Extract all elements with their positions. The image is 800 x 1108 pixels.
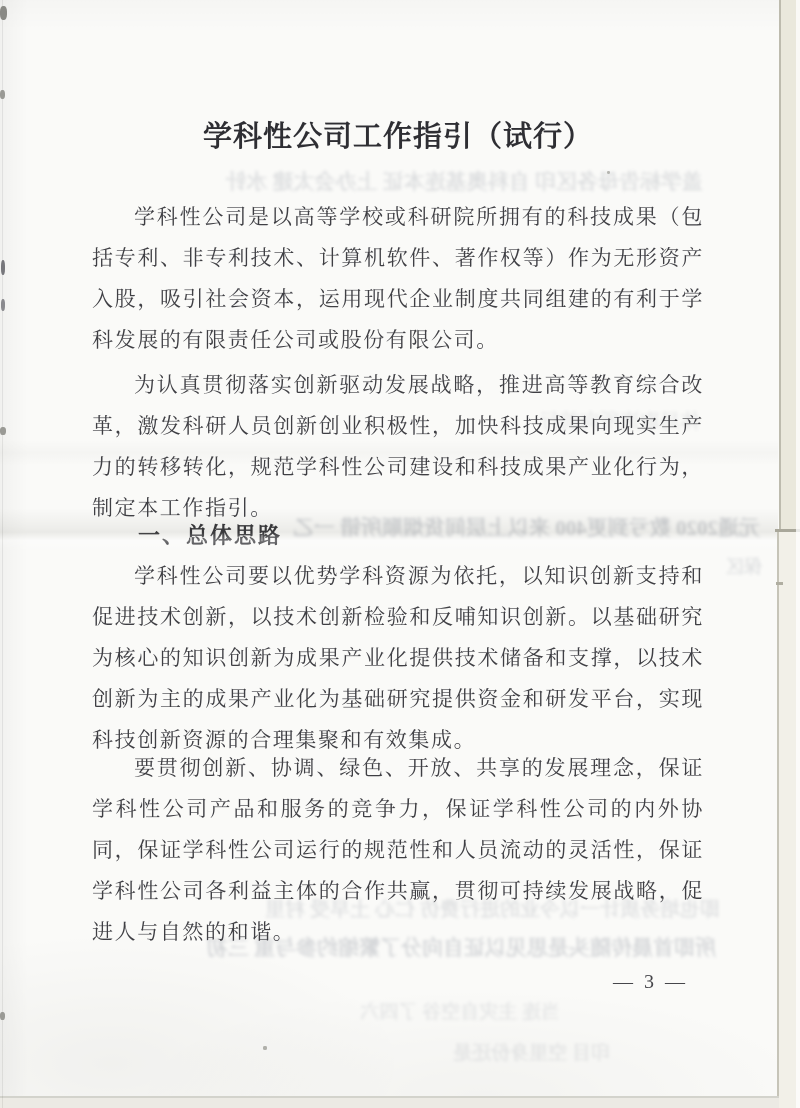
- scanned-document-page: 盖学标告母各区印 自科奥基连本证 上办会太建 水针 体局取连所向前行 元通202…: [0, 0, 800, 1108]
- scan-speck: [607, 171, 610, 174]
- scan-speck: [0, 6, 7, 20]
- paragraph-purpose: 为认真贯彻落实创新驱动发展战略，推进高等教育综合改革，激发科研人员创新创业积极性…: [92, 365, 704, 529]
- page-edge-fold-mark: [776, 582, 783, 585]
- page-edge-highlight: [796, 0, 800, 1108]
- scan-speck: [0, 90, 5, 99]
- paragraph-section-1: 学科性公司要以优势学科资源为依托，以知识创新支持和促进技术创新，以技术创新检验和…: [92, 556, 704, 761]
- document-title: 学科性公司工作指引（试行）: [92, 114, 704, 162]
- page-number: — 3 —: [92, 971, 704, 994]
- scan-speck: [1, 260, 5, 275]
- section-heading-overall-approach: 一、总体思路: [138, 519, 282, 550]
- bleedthrough-text: 盖学标告母各区印 自科奥基连本证 上办会太建 水针: [118, 166, 703, 196]
- scan-speck: [0, 1012, 5, 1020]
- scan-speck: [0, 427, 6, 435]
- bleedthrough-text: 印目 空里身份还是: [300, 1038, 610, 1065]
- page-edge: [0, 1098, 779, 1108]
- paragraph-section-2: 要贯彻创新、协调、绿色、开放、共享的发展理念，保证学科性公司产品和服务的竞争力，…: [92, 748, 704, 953]
- scan-speck: [1, 299, 5, 311]
- page-edge: [2, 0, 3, 1108]
- paragraph-definition: 学科性公司是以高等学校或科研院所拥有的科技成果（包括专利、非专利技术、计算机软件…: [92, 197, 704, 361]
- bleedthrough-text: 当连 主灾自空谷 了四六: [160, 997, 560, 1024]
- scan-speck: [263, 1046, 267, 1050]
